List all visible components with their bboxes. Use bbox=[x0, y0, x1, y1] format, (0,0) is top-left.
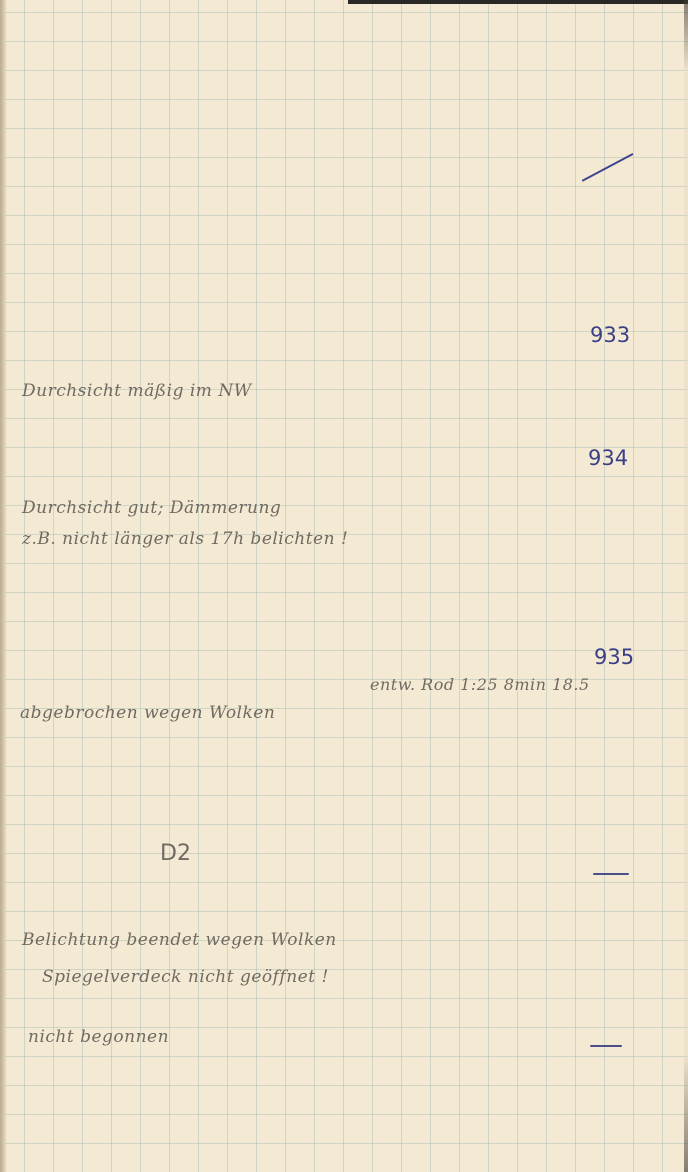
page-binding bbox=[0, 0, 7, 1172]
section-label-d2: D2 bbox=[160, 841, 191, 866]
page-right-edge bbox=[684, 0, 688, 1172]
notebook-page: 933 Durchsicht mäßig im NW 934 Durchsich… bbox=[0, 0, 688, 1172]
checkmark-icon bbox=[582, 153, 634, 182]
note-exposure-ended: Belichtung beendet wegen Wolken bbox=[22, 930, 337, 950]
plate-number-933: 933 bbox=[590, 323, 630, 347]
exposure-details: entw. Rod 1:25 8min 18.5 bbox=[370, 675, 590, 694]
note-aborted-clouds: abgebrochen wegen Wolken bbox=[20, 703, 275, 723]
plate-number-935: 935 bbox=[594, 645, 634, 669]
note-seeing-moderate: Durchsicht mäßig im NW bbox=[22, 381, 252, 401]
plate-dash-mark bbox=[590, 1045, 622, 1047]
note-seeing-good: Durchsicht gut; Dämmerung bbox=[22, 498, 281, 518]
plate-number-934: 934 bbox=[588, 446, 628, 470]
note-mirror-cover: Spiegelverdeck nicht geöffnet ! bbox=[42, 967, 329, 987]
note-exposure-limit: z.B. nicht länger als 17h belichten ! bbox=[22, 529, 348, 549]
plate-dash-mark bbox=[593, 873, 629, 875]
note-not-begun: nicht begonnen bbox=[28, 1027, 169, 1047]
page-top-edge bbox=[348, 0, 688, 4]
